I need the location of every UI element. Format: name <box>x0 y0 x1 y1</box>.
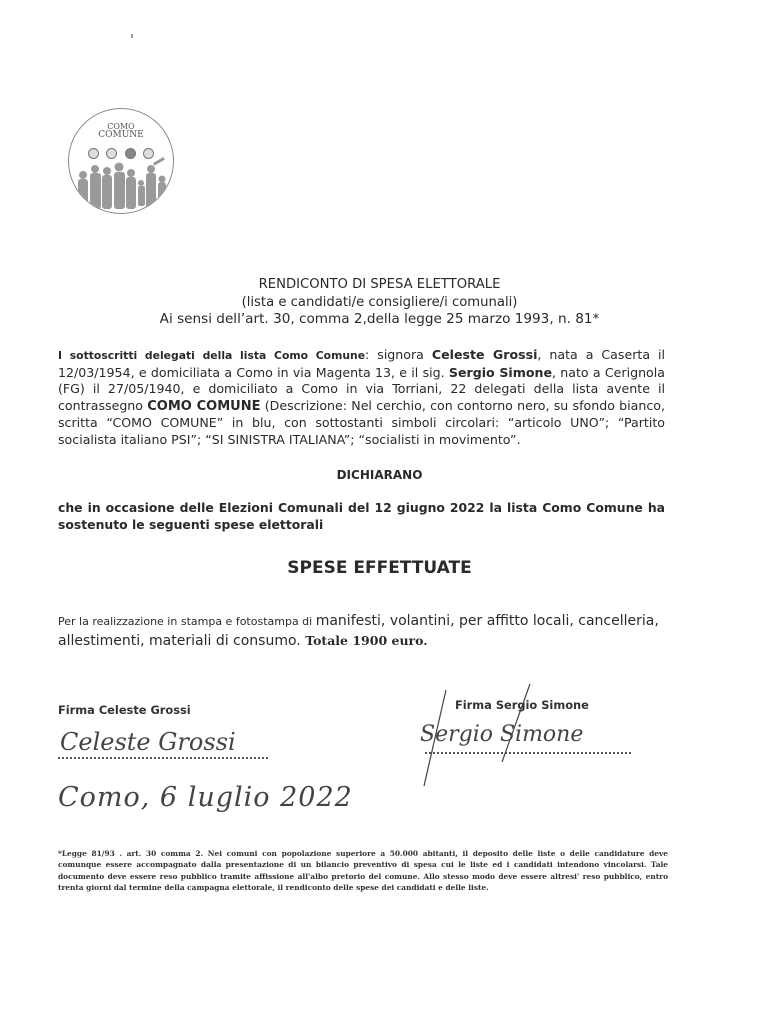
document-title: RENDICONTO DI SPESA ELETTORALE <box>0 276 759 294</box>
logo-title-line2: COMUNE <box>69 131 173 140</box>
document-header: RENDICONTO DI SPESA ELETTORALE (lista e … <box>0 276 759 329</box>
signature-label-left: Firma Celeste Grossi <box>58 703 191 717</box>
signature-strokes-icon <box>418 682 538 792</box>
declaration-heading: DICHIARANO <box>0 468 759 482</box>
expenses-total: Totale 1900 euro. <box>305 633 427 648</box>
intro-text: : signora <box>365 347 432 362</box>
legal-footnote: *Legge 81/93 . art. 30 comma 2. Nei comu… <box>58 848 668 894</box>
signature-line-left <box>58 757 268 759</box>
expenses-heading: SPESE EFFETTUATE <box>0 558 759 578</box>
legal-reference: Ai sensi dell’art. 30, comma 2,della leg… <box>0 311 759 329</box>
crowd-silhouette-icon <box>69 153 173 213</box>
delegate-name-2: Sergio Simone <box>449 365 552 380</box>
scan-speck <box>131 34 133 38</box>
handwritten-signature-left: Celeste Grossi <box>60 728 236 756</box>
handwritten-place-date: Como, 6 luglio 2022 <box>58 782 353 813</box>
delegate-name-1: Celeste Grossi <box>432 347 538 362</box>
signature-line-right <box>425 752 631 754</box>
intro-paragraph: I sottoscritti delegati della lista Como… <box>58 347 665 449</box>
document-subtitle: (lista e candidati/e consigliere/i comun… <box>0 294 759 312</box>
expenses-lead: Per la realizzazione in stampa e fotosta… <box>58 615 316 628</box>
intro-lead: I sottoscritti delegati della lista Como… <box>58 349 365 362</box>
expenses-body: Per la realizzazione in stampa e fotosta… <box>58 612 670 651</box>
declaration-text: che in occasione delle Elezioni Comunali… <box>58 500 665 533</box>
como-comune-logo: COMO COMUNE <box>68 108 174 214</box>
list-name: COMO COMUNE <box>147 399 260 414</box>
